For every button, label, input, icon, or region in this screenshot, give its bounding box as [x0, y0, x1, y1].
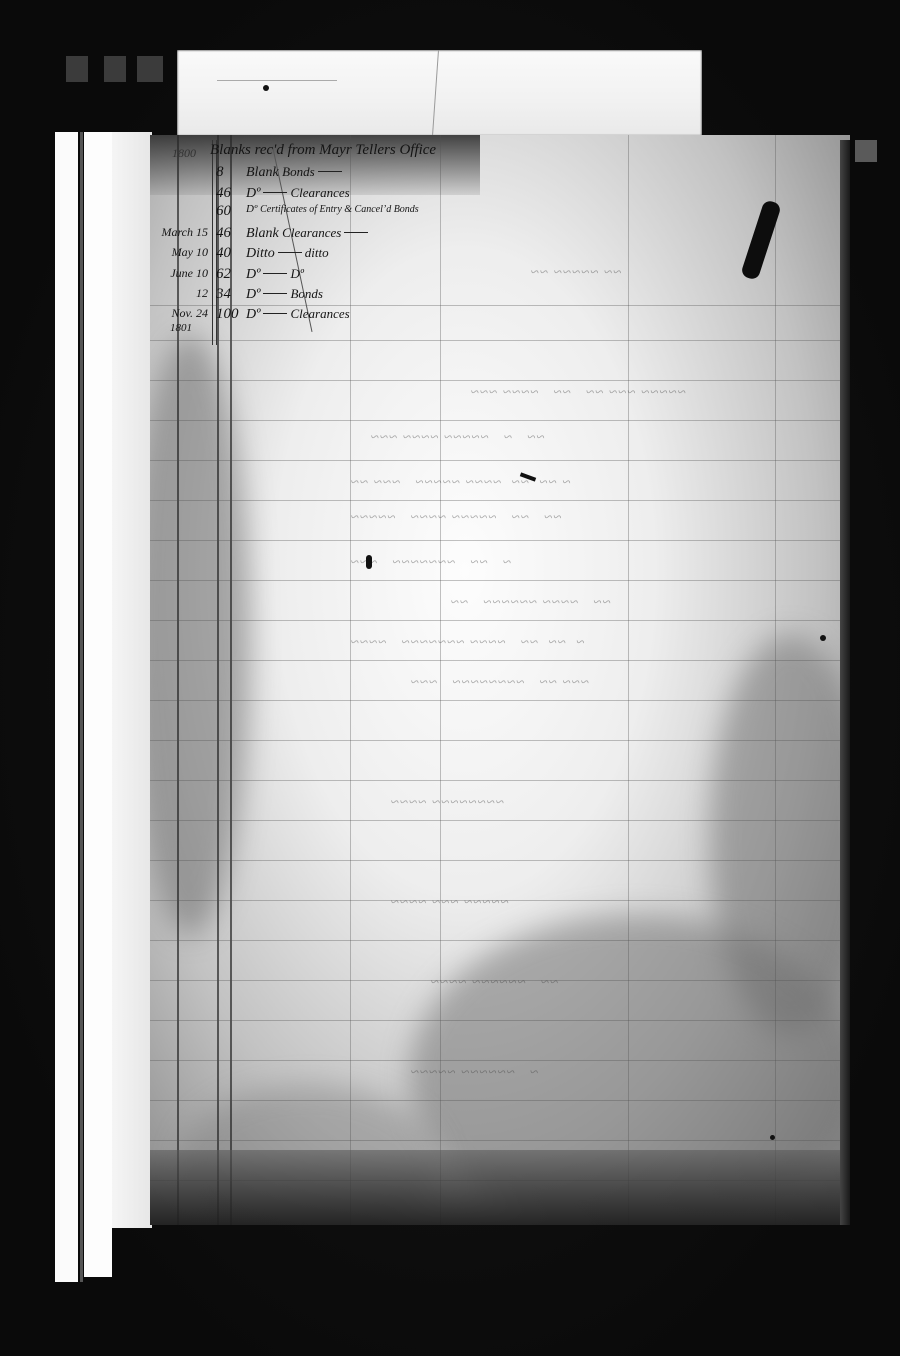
bleed-through-text: ~~ ~~ ~~~~~ ~~~~ ~~~~~ [350, 510, 562, 527]
note-entry: May 10 40 Dittoditto [150, 245, 440, 263]
note-entry: 60 Dº Certificates of Entry & Cancel’d B… [150, 203, 440, 221]
note-entry: 8 Blank Bonds [150, 164, 440, 182]
note-footer-year: 1801 [170, 322, 192, 334]
note-entry: Nov. 24 100 DºClearances [150, 306, 440, 324]
page-right-edge [840, 140, 850, 1225]
bleed-through-text: ~~~~~ ~~~ ~~~~ [390, 895, 509, 912]
bleed-through-text: ~~ ~~~~ ~~~~~~ ~~ [450, 595, 611, 612]
left-margin-strip [112, 132, 152, 1228]
film-edge-mark [104, 56, 126, 82]
bleed-through-text: ~~ ~ ~~~~~ ~~~~ ~~~ [370, 430, 545, 447]
note-year: 1800 [172, 146, 196, 161]
page-bottom-edge [150, 1150, 850, 1225]
bleed-through-text: ~ ~~ ~~ ~~~~ ~~~~~ ~~~ ~~ [350, 475, 571, 492]
bleed-through-text: ~ ~~~~~~ ~~~~~ [410, 1065, 538, 1082]
bleed-through-text: ~~~~~~~~ ~~~~ [390, 795, 504, 812]
top-paper-strip [177, 50, 702, 136]
note-entry: 46 DºClearances [150, 185, 440, 203]
bleed-through-text: ~ ~~ ~~~~~~~ ~~~ [350, 555, 511, 572]
bleed-through-text: ~~~ ~~ ~~~~~~~~ ~~~ [410, 675, 589, 692]
film-edge-mark [137, 56, 163, 82]
bleed-through-text: ~~ ~~~~~ ~~ [530, 265, 622, 282]
bleed-through-text: ~~~~~ ~~~ ~~ ~~ ~~~~ ~~~ [470, 385, 686, 402]
film-edge-mark [66, 56, 88, 82]
left-margin-strip [55, 132, 78, 1282]
margin-rule [80, 132, 83, 1282]
bleed-through-text: ~ ~~ ~~ ~~~~ ~~~~~~~ ~~~~ [350, 635, 585, 652]
left-margin-strip [84, 132, 112, 1277]
note-entry: 12 34 DºBonds [150, 286, 440, 304]
page-corner-tab [855, 140, 877, 162]
note-entry: June 10 62 DºDº [150, 266, 440, 284]
note-entry: March 15 46 Blank Clearances [150, 225, 440, 243]
handwritten-note: 1800 Blanks rec'd from Mayr Tellers Offi… [150, 140, 440, 345]
note-heading: Blanks rec'd from Mayr Tellers Office [210, 142, 436, 159]
bleed-through-text: ~~ ~~~~~~ ~~~~ [430, 975, 558, 992]
